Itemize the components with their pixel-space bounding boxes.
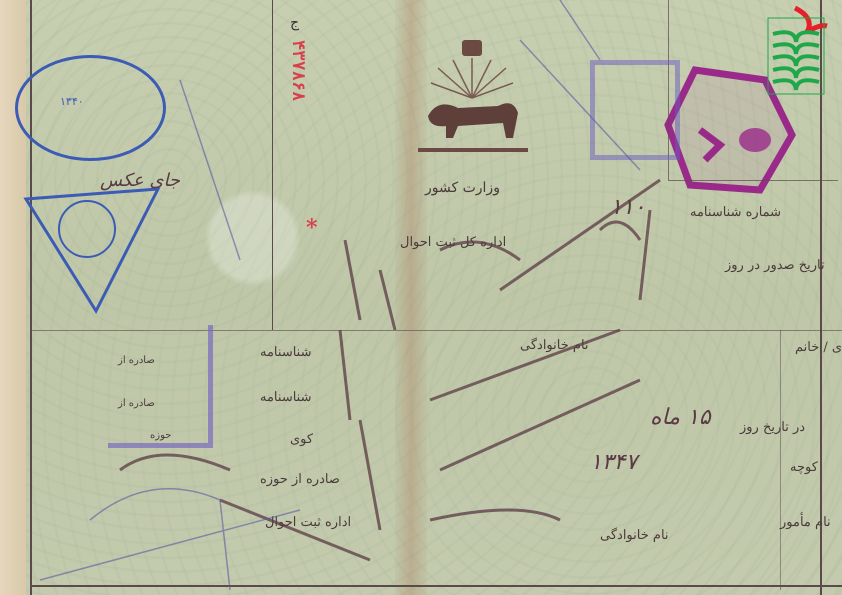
handwriting-strokes <box>0 0 842 595</box>
